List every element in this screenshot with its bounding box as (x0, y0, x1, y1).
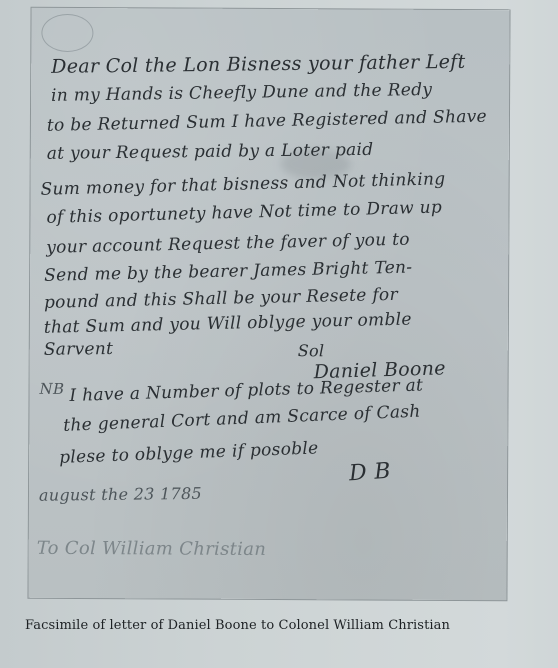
letter-line: Send me by the bearer James Bright Ten- (44, 257, 413, 285)
postscript-initials: D B (348, 459, 391, 487)
letter-line: pound and this Shall be your Resete for (44, 285, 398, 313)
letter-line: to be Returned Sum I have Registered and… (47, 107, 487, 136)
letter-line: Sum money for that bisness and Not think… (40, 169, 445, 200)
letter-line: in my Hands is Cheefly Dune and the Redy (51, 80, 432, 106)
postscript-marker: NB (40, 380, 65, 398)
letter-line: that Sum and you Will oblyge your omble (44, 309, 412, 337)
letter-date: august the 23 1785 (39, 484, 202, 505)
letter-line: your account Request the faver of you to (46, 230, 410, 258)
letter-line: of this oportunety have Not time to Draw… (46, 197, 442, 227)
letter-line: at your Request paid by a Loter paid (47, 140, 374, 164)
postscript-line: the general Cort and am Scarce of Cash (63, 402, 421, 436)
letter-address: To Col William Christian (37, 538, 267, 560)
letter-facsimile: Dear Col the Lon Bisness your father Lef… (28, 8, 509, 600)
postscript-line: plese to oblyge me if posoble (59, 438, 319, 467)
letter-line: Dear Col the Lon Bisness your father Lef… (51, 51, 466, 78)
postscript-line: I have a Number of plots to Regester at (69, 375, 423, 405)
stamp-mark (41, 14, 93, 52)
figure-caption: Facsimile of letter of Daniel Boone to C… (25, 618, 535, 633)
signature-closing: Sol (298, 341, 325, 360)
letter-line: Sarvent (44, 339, 114, 360)
